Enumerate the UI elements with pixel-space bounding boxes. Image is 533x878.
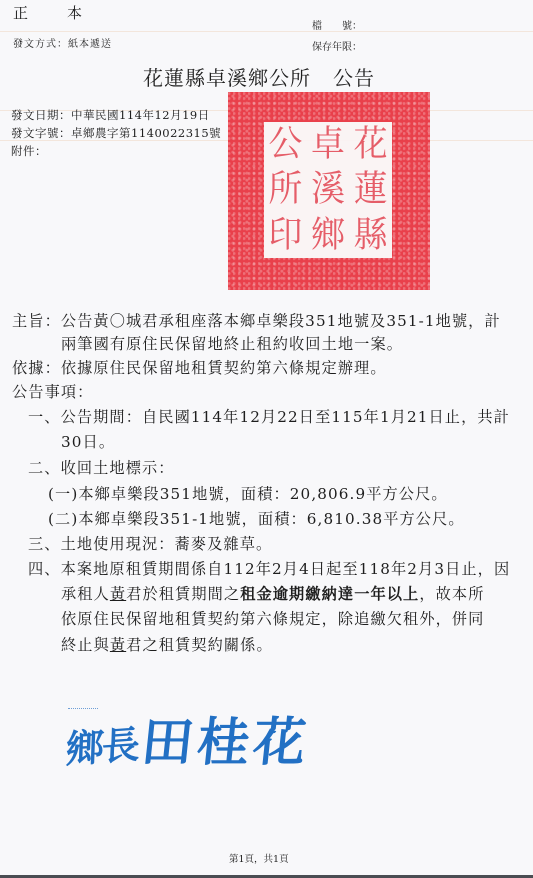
item-one-line-2: 30日。: [61, 431, 115, 452]
text-segment: 承租人: [61, 585, 110, 603]
underlined-surname: 黃: [110, 585, 126, 603]
scan-line: [0, 31, 533, 32]
bold-emphasis: 租金逾期繳納達一年以上: [240, 585, 419, 603]
item-one-line-1: 一、公告期間：自民國114年12月22日至115年1月21日止，共計: [28, 406, 510, 427]
text-segment: ，故本所: [419, 585, 484, 603]
basis: 依據：依據原住民保留地租賃契約第六條規定辦理。: [12, 357, 387, 378]
notice-heading: 公告事項：: [12, 381, 93, 402]
issue-number: 發文字號：卓鄉農字第1140022315號: [11, 125, 221, 141]
archive-number-label-2: 號：: [342, 21, 362, 32]
item-three: 三、土地使用現況：蕎麥及雜草。: [28, 533, 272, 554]
seal-char: 公: [264, 121, 307, 169]
archive-number: 檔號：: [312, 17, 362, 32]
item-four-line-4: 終止與黃君之租賃契約關係。: [61, 634, 273, 655]
item-four-line-2: 承租人黃君於租賃期間之租金逾期繳納達一年以上，故本所: [61, 583, 485, 604]
item-two-sub-1: (一)本鄉卓樂段351地號，面積：20,806.9平方公尺。: [48, 483, 448, 504]
seal-char: 溪: [307, 166, 350, 214]
item-four-line-1: 四、本案地原租賃期間係自112年2月4日起至118年2月3日止，因: [28, 558, 510, 579]
subject-line-2: 兩筆國有原住民保留地終止租約收回土地一案。: [61, 333, 403, 354]
page-number-footer: 第1頁，共1頁: [229, 851, 289, 865]
subject-line-1: 主旨：公告黃〇城君承租座落本鄉卓樂段351地號及351-1地號，計: [12, 310, 501, 331]
official-seal-stamp: 花 蓮 縣 卓 溪 鄉 公 所 印: [228, 92, 430, 290]
text-segment: 君於租賃期間之: [126, 585, 240, 603]
seal-char: 所: [264, 166, 307, 214]
item-four-line-3: 依原住民保留地租賃契約第六條規定，除追繳欠租外，併同: [61, 608, 484, 629]
seal-char: 鄉: [307, 212, 350, 260]
issue-date: 發文日期：中華民國114年12月19日: [11, 107, 210, 123]
archive-number-label: 檔: [312, 21, 322, 32]
underlined-surname: 黃: [110, 636, 126, 654]
title-type: 公告: [333, 66, 375, 90]
seal-char: 卓: [307, 121, 350, 169]
page-title: 花蓮縣卓溪鄉公所公告: [143, 62, 375, 91]
original-copy-mark: 正 本: [13, 2, 94, 23]
seal-char: 蓮: [349, 166, 392, 214]
mayor-signature-stamp: 鄉長田桂花: [66, 700, 310, 775]
signature-title: 鄉長: [65, 713, 139, 773]
title-organization: 花蓮縣卓溪鄉公所: [143, 66, 311, 90]
document-page: 正 本 發文方式：紙本遞送 檔號： 保存年限： 花蓮縣卓溪鄉公所公告 發文日期：…: [0, 0, 533, 875]
send-method: 發文方式：紙本遞送: [13, 35, 112, 50]
seal-char: 印: [264, 212, 307, 260]
item-two-sub-2: (二)本鄉卓樂段351-1地號，面積：6,810.38平方公尺。: [48, 508, 465, 529]
seal-char: 花: [349, 121, 392, 169]
attachment: 附件：: [11, 143, 47, 159]
text-segment: 君之租賃契約關係。: [126, 636, 273, 654]
item-two-heading: 二、收回土地標示：: [28, 457, 175, 478]
text-segment: 終止與: [61, 636, 110, 654]
seal-inner-field: 花 蓮 縣 卓 溪 鄉 公 所 印: [264, 122, 392, 258]
signature-name: 田桂花: [138, 700, 314, 775]
retention-period: 保存年限：: [312, 38, 362, 53]
seal-char: 縣: [349, 212, 392, 260]
